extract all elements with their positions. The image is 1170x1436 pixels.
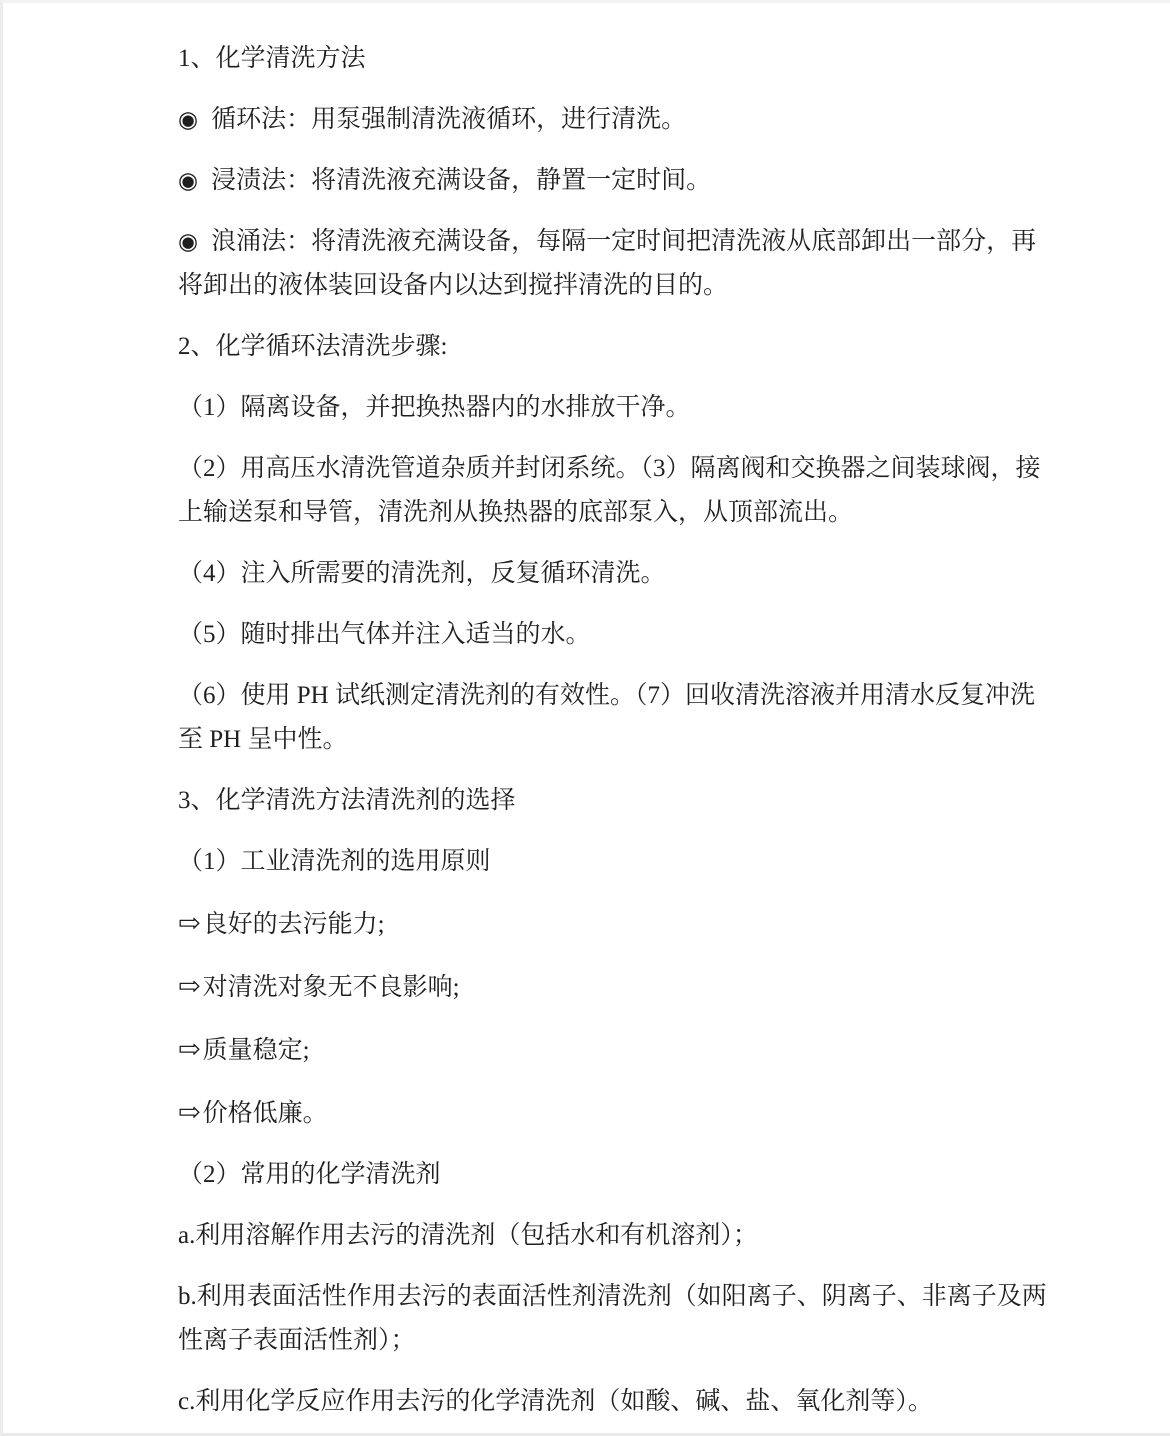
- paragraph-text: （5）随时排出气体并注入适当的水。: [178, 621, 591, 648]
- paragraph: （2）常用的化学清洗剂: [178, 1153, 1058, 1197]
- paragraph-text: （1）工业清洗剂的选用原则: [178, 848, 491, 875]
- paragraph: 2、化学循环法清洗步骤:: [178, 325, 1058, 369]
- arrow-bullet-icon: ⇨: [178, 1090, 201, 1134]
- paragraph: b.利用表面活性作用去污的表面活性剂清洗剂（如阳离子、阴离子、非离子及两性离子表…: [178, 1275, 1058, 1363]
- paragraph-text: b.利用表面活性作用去污的表面活性剂清洗剂（如阳离子、阴离子、非离子及两性离子表…: [178, 1283, 1047, 1354]
- paragraph-text: 3、化学清洗方法清洗剂的选择: [178, 787, 516, 814]
- paragraph: ⇨价格低廉。: [178, 1090, 1058, 1136]
- paragraph: a.利用溶解作用去污的清洗剂（包括水和有机溶剂）；: [178, 1214, 1058, 1258]
- paragraph-text: （2）常用的化学清洗剂: [178, 1161, 441, 1188]
- paragraph-text: 对清洗对象无不良影响;: [203, 974, 460, 1001]
- paragraph: （1）工业清洗剂的选用原则: [178, 840, 1058, 884]
- paragraph-text: 浪涌法：将清洗液充满设备，每隔一定时间把清洗液从底部卸出一部分，再将卸出的液体装…: [178, 228, 1036, 299]
- paragraph-text: 循环法：用泵强制清洗液循环，进行清洗。: [211, 106, 686, 133]
- paragraph: （5）随时排出气体并注入适当的水。: [178, 613, 1058, 657]
- paragraph-text: （1）隔离设备，并把换热器内的水排放干净。: [178, 394, 691, 421]
- fisheye-bullet-icon: ◉: [178, 98, 198, 142]
- paragraph: （4）注入所需要的清洗剂，反复循环清洗。: [178, 552, 1058, 596]
- paragraph: （2）用高压水清洗管道杂质并封闭系统。（3）隔离阀和交换器之间装球阀，接上输送泵…: [178, 447, 1058, 535]
- paragraph-text: 良好的去污能力;: [203, 911, 385, 938]
- document-page: 1、化学清洗方法 ◉循环法：用泵强制清洗液循环，进行清洗。 ◉浸渍法：将清洗液充…: [0, 0, 1170, 1436]
- paragraph-text: （2）用高压水清洗管道杂质并封闭系统。（3）隔离阀和交换器之间装球阀，接上输送泵…: [178, 455, 1041, 526]
- paragraph: ⇨质量稳定;: [178, 1027, 1058, 1073]
- paragraph: ⇨良好的去污能力;: [178, 901, 1058, 947]
- arrow-bullet-icon: ⇨: [178, 1027, 201, 1071]
- fisheye-bullet-icon: ◉: [178, 159, 198, 203]
- paragraph-text: 2、化学循环法清洗步骤:: [178, 333, 447, 360]
- paragraph: ◉循环法：用泵强制清洗液循环，进行清洗。: [178, 98, 1058, 142]
- arrow-bullet-icon: ⇨: [178, 901, 201, 945]
- paragraph-text: （6）使用 PH 试纸测定清洗剂的有效性。（7）回收清洗溶液并用清水反复冲洗至 …: [178, 682, 1035, 753]
- paragraph-text: 质量稳定;: [203, 1037, 310, 1064]
- paragraph: ⇨对清洗对象无不良影响;: [178, 964, 1058, 1010]
- paragraph: ◉浸渍法：将清洗液充满设备，静置一定时间。: [178, 159, 1058, 203]
- paragraph: （6）使用 PH 试纸测定清洗剂的有效性。（7）回收清洗溶液并用清水反复冲洗至 …: [178, 674, 1058, 762]
- paragraph: （1）隔离设备，并把换热器内的水排放干净。: [178, 386, 1058, 430]
- paragraph: 1、化学清洗方法: [178, 37, 1058, 81]
- paragraph-text: 浸渍法：将清洗液充满设备，静置一定时间。: [211, 167, 711, 194]
- paragraph-text: c.利用化学反应作用去污的化学清洗剂（如酸、碱、盐、氧化剂等）。: [178, 1388, 933, 1415]
- document-content: 1、化学清洗方法 ◉循环法：用泵强制清洗液循环，进行清洗。 ◉浸渍法：将清洗液充…: [3, 3, 1170, 1424]
- fisheye-bullet-icon: ◉: [178, 220, 198, 264]
- paragraph-text: （4）注入所需要的清洗剂，反复循环清洗。: [178, 560, 666, 587]
- paragraph-text: a.利用溶解作用去污的清洗剂（包括水和有机溶剂）；: [178, 1222, 758, 1249]
- arrow-bullet-icon: ⇨: [178, 964, 201, 1008]
- paragraph: c.利用化学反应作用去污的化学清洗剂（如酸、碱、盐、氧化剂等）。: [178, 1380, 1058, 1424]
- paragraph-text: 价格低廉。: [203, 1100, 328, 1127]
- paragraph: ◉浪涌法：将清洗液充满设备，每隔一定时间把清洗液从底部卸出一部分，再将卸出的液体…: [178, 220, 1058, 308]
- paragraph-text: 1、化学清洗方法: [178, 45, 366, 72]
- paragraph: 3、化学清洗方法清洗剂的选择: [178, 779, 1058, 823]
